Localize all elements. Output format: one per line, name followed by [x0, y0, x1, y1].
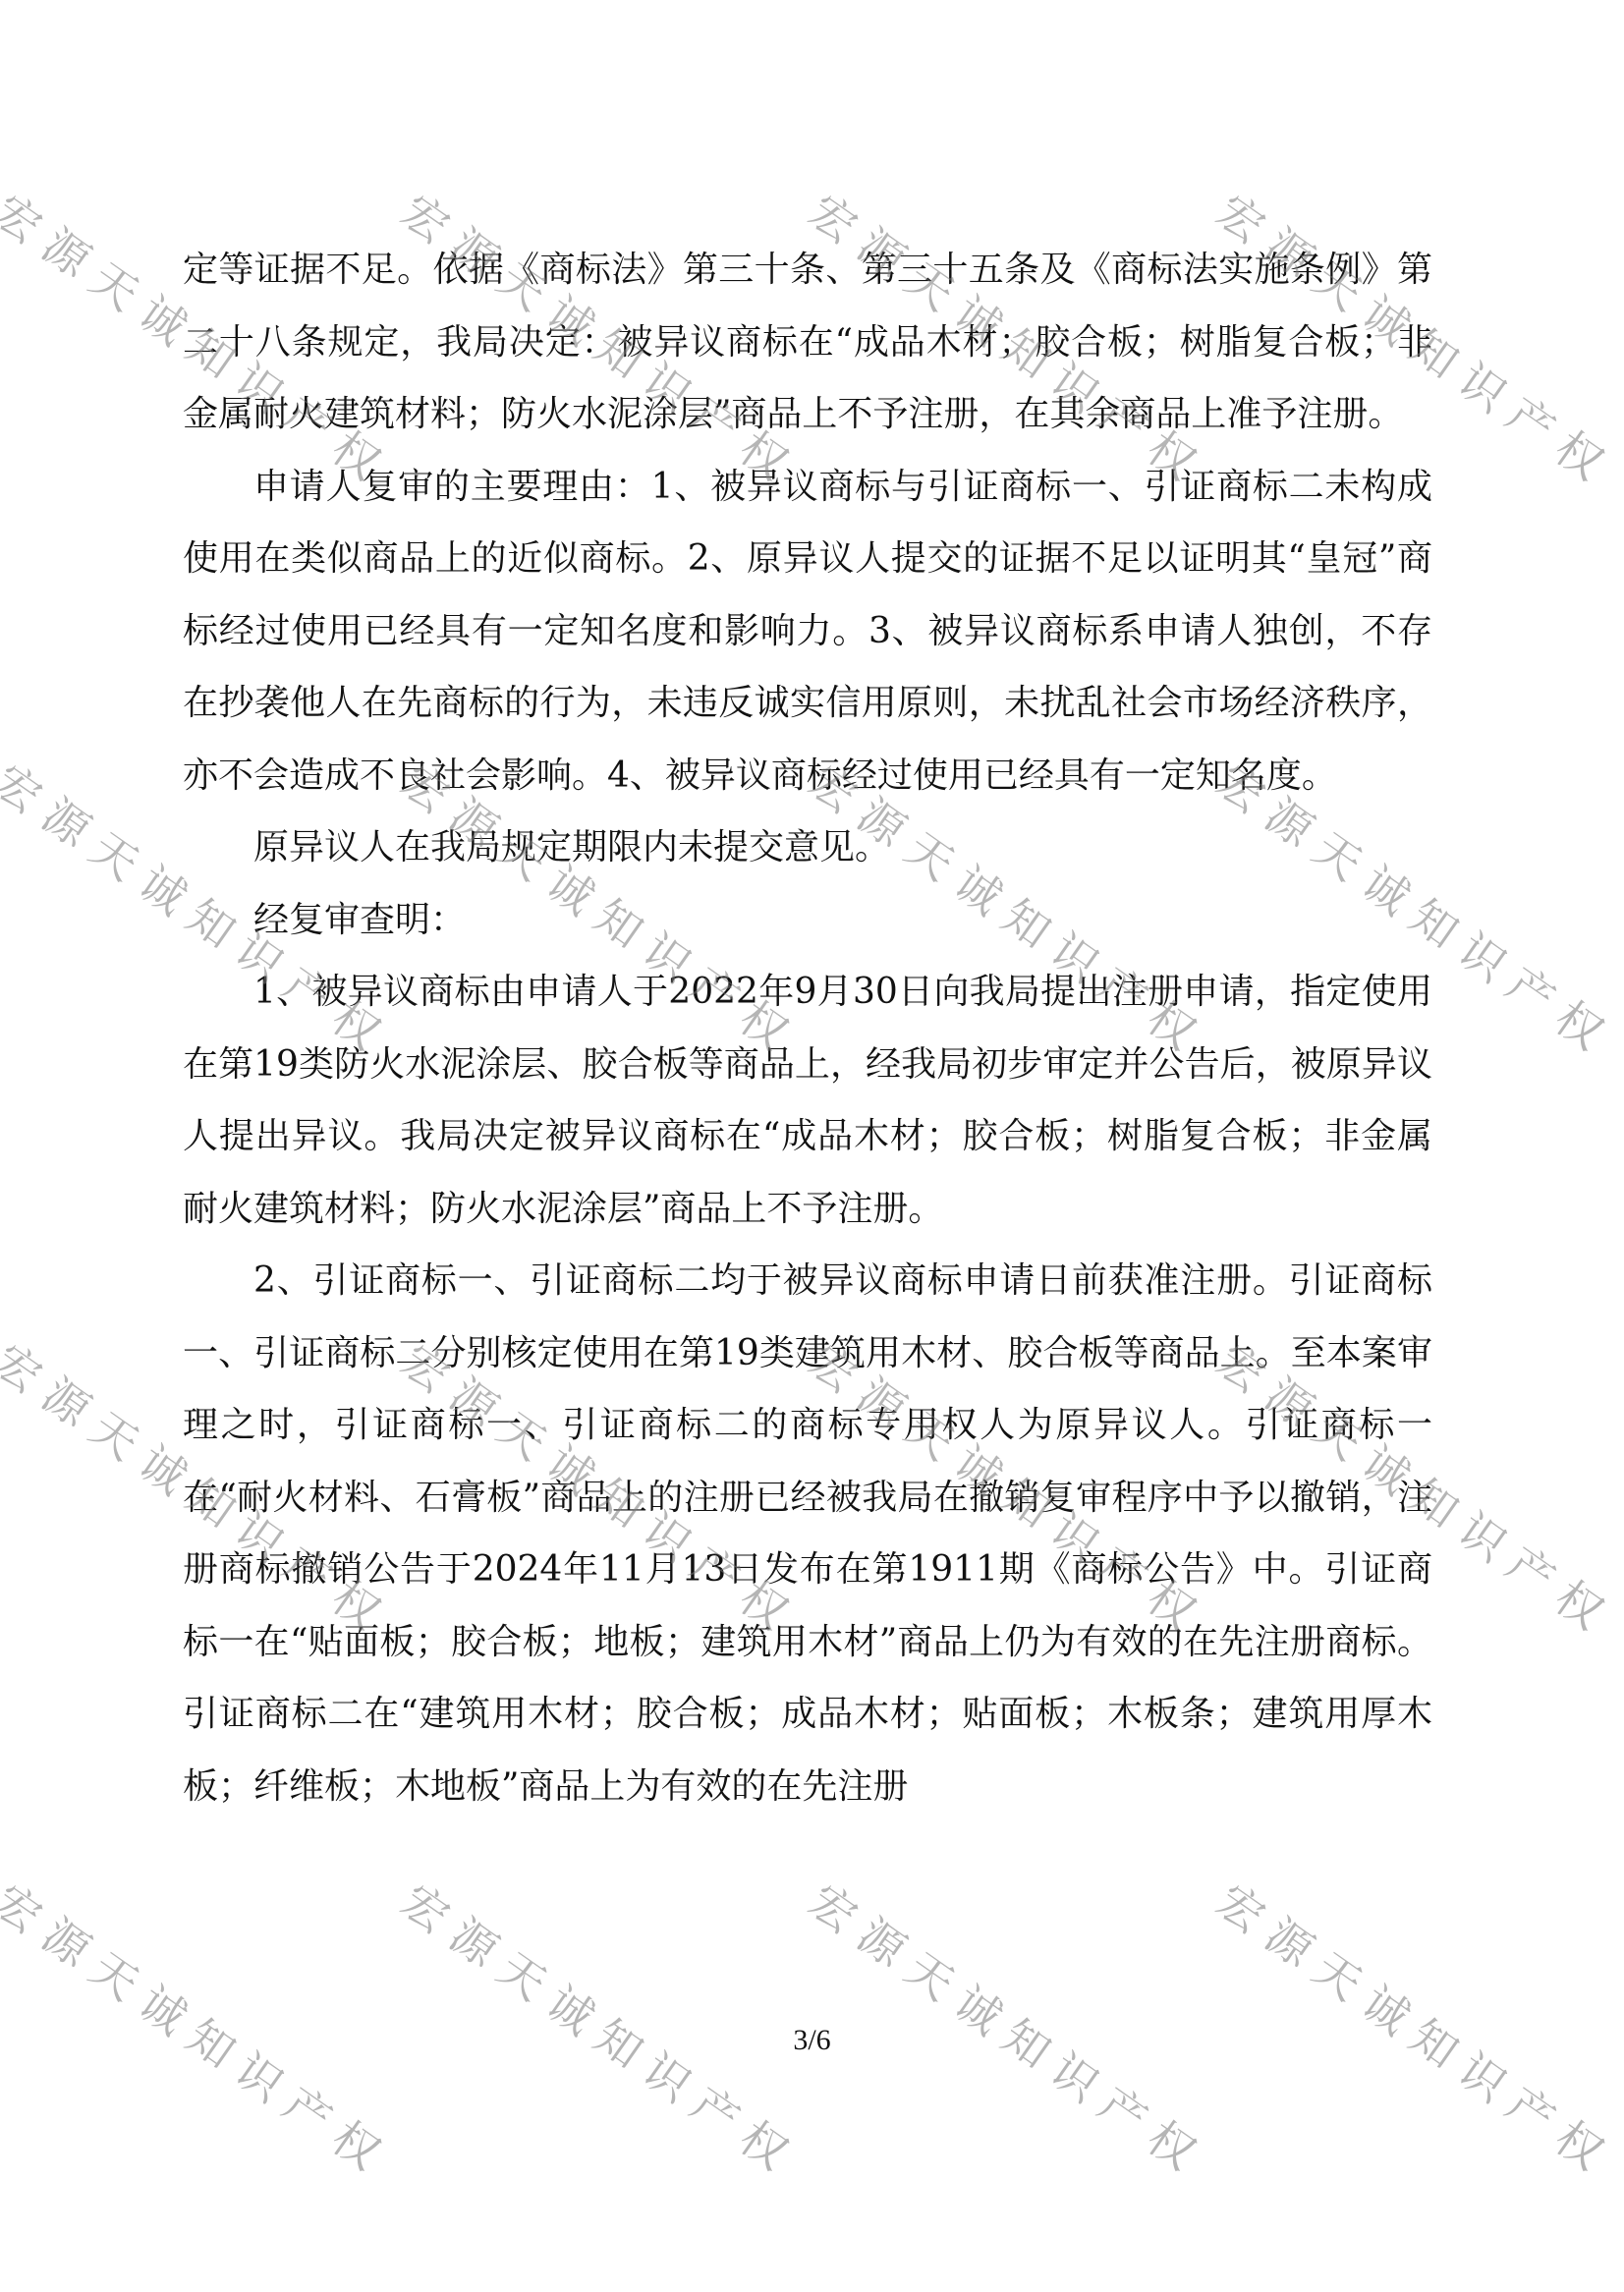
paragraph-findings-heading: 经复审查明： [183, 884, 1432, 957]
paragraph-opponent-no-response: 原异议人在我局规定期限内未提交意见。 [183, 811, 1432, 884]
paragraph-decision: 定等证据不足。依据《商标法》第三十条、第三十五条及《商标法实施条例》第二十八条规… [183, 234, 1432, 451]
document-body: 定等证据不足。依据《商标法》第三十条、第三十五条及《商标法实施条例》第二十八条规… [183, 234, 1432, 1822]
page-number: 3/6 [0, 2024, 1624, 2057]
document-page: 定等证据不足。依据《商标法》第三十条、第三十五条及《商标法实施条例》第二十八条规… [0, 0, 1624, 2292]
paragraph-finding-2: 2、引证商标一、引证商标二均于被异议商标申请日前获准注册。引证商标一、引证商标二… [183, 1245, 1432, 1822]
paragraph-applicant-reasons: 申请人复审的主要理由：1、被异议商标与引证商标一、引证商标二未构成使用在类似商品… [183, 451, 1432, 812]
paragraph-finding-1: 1、被异议商标由申请人于2022年9月30日向我局提出注册申请，指定使用在第19… [183, 956, 1432, 1245]
